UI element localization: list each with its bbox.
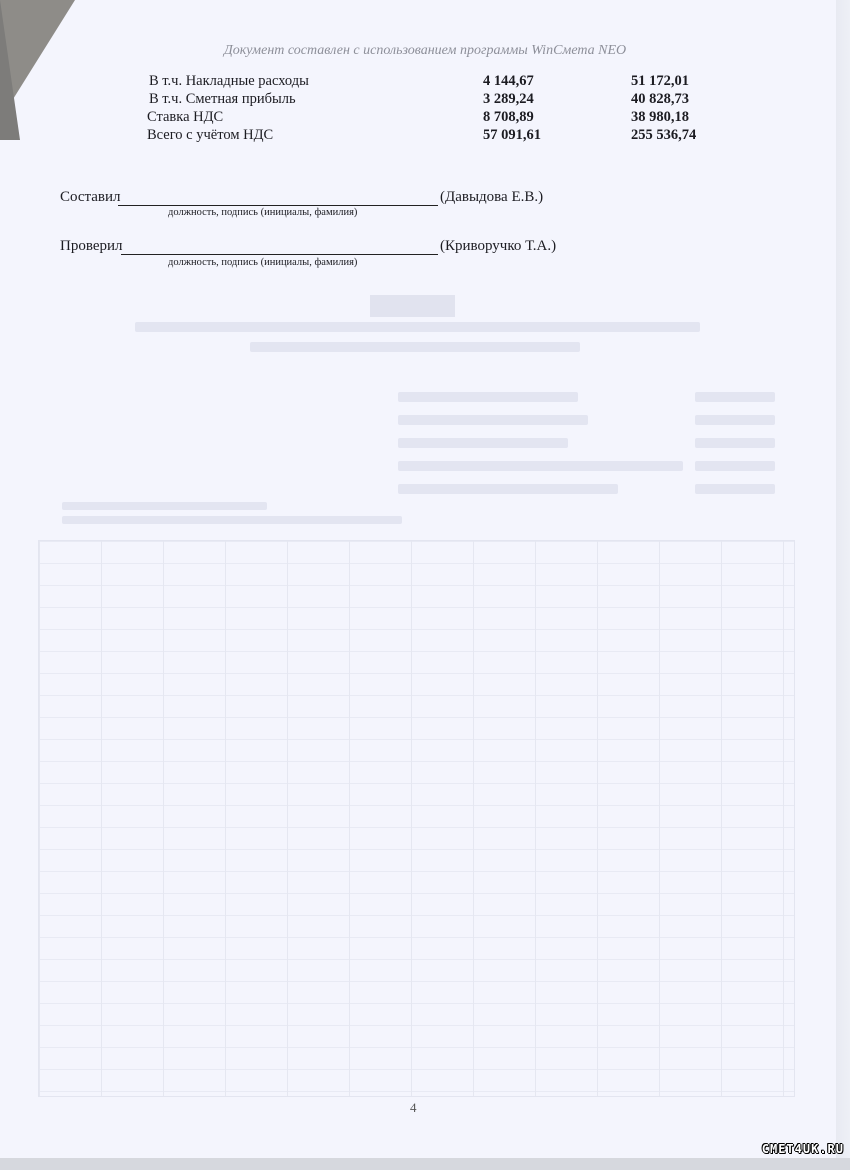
bleed-through-line <box>62 502 267 510</box>
summary-value-1: 57 091,61 <box>483 127 541 144</box>
bleed-through-line <box>695 392 775 402</box>
bleed-through-line <box>62 516 402 524</box>
signature-role: Составил <box>60 189 121 206</box>
bleed-through-line <box>135 322 700 332</box>
summary-value-2: 255 536,74 <box>631 127 696 144</box>
summary-label: Ставка НДС <box>147 109 223 126</box>
bleed-through-line <box>398 461 683 471</box>
header-note: Документ составлен с использованием прог… <box>0 43 850 59</box>
bleed-through-line <box>695 484 775 494</box>
page-edge <box>0 1158 850 1170</box>
page-number: 4 <box>410 1100 417 1116</box>
signature-line[interactable] <box>121 254 438 255</box>
summary-label: В т.ч. Сметная прибыль <box>149 91 296 108</box>
bleed-through-line <box>398 392 578 402</box>
summary-value-2: 51 172,01 <box>631 73 689 90</box>
bleed-through-line <box>250 342 580 352</box>
signature-name: (Криворучко Т.А.) <box>440 238 556 255</box>
summary-label: В т.ч. Накладные расходы <box>149 73 309 90</box>
bleed-through-line <box>695 438 775 448</box>
summary-value-1: 8 708,89 <box>483 109 534 126</box>
bleed-through-line <box>695 415 775 425</box>
bleed-through-line <box>398 484 618 494</box>
summary-value-1: 3 289,24 <box>483 91 534 108</box>
signature-role: Проверил <box>60 238 123 255</box>
signature-name: (Давыдова Е.В.) <box>440 189 543 206</box>
summary-value-1: 4 144,67 <box>483 73 534 90</box>
bleed-through-table <box>38 540 795 1097</box>
bleed-through-line <box>398 438 568 448</box>
document-page: Документ составлен с использованием прог… <box>0 0 836 1158</box>
page-edge <box>836 0 850 1170</box>
watermark: CMET4UK.RU <box>762 1142 844 1156</box>
summary-label: Всего с учётом НДС <box>147 127 273 144</box>
summary-value-2: 38 980,18 <box>631 109 689 126</box>
folded-corner-shadow <box>0 0 20 140</box>
bleed-through-title <box>370 295 455 317</box>
bleed-through-line <box>695 461 775 471</box>
signature-line[interactable] <box>118 205 438 206</box>
signature-caption: должность, подпись (инициалы, фамилия) <box>168 257 357 268</box>
signature-caption: должность, подпись (инициалы, фамилия) <box>168 207 357 218</box>
summary-value-2: 40 828,73 <box>631 91 689 108</box>
bleed-through-line <box>398 415 588 425</box>
